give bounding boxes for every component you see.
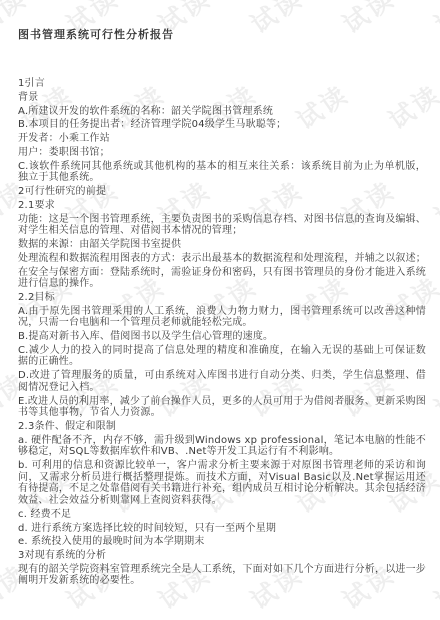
- paragraph: 处理流程和数据流程用图表的方式：表示出最基本的数据流程和处理流程，并辅之以叙述；: [18, 253, 426, 265]
- paragraph: c. 经费不足: [18, 509, 426, 521]
- paragraph: 在安全与保密方面：登陆系统时，需验证身份和密码，只有图书管理员的身份才能进入系统…: [18, 267, 426, 290]
- paragraph: 背景: [18, 92, 426, 104]
- paragraph: B.本项目的任务提出者：经济管理学院04级学生马耿聪等；: [18, 119, 426, 131]
- document-body: 1引言 背景 A.所建议开发的软件系统的名称：韶关学院图书管理系统 B.本项目的…: [18, 78, 426, 587]
- paragraph: 开发者：小乘工作站: [18, 133, 426, 145]
- document-page: 试读试读试读试读试读试读试读试读试读试读试读试读试读试读试读试读试读试读试读试读…: [0, 0, 440, 620]
- paragraph: d. 进行系统方案选择比较的时间较短，只有一至两个星期: [18, 523, 426, 535]
- page-title: 图书管理系统可行性分析报告: [18, 26, 426, 42]
- paragraph: 功能：这是一个图书管理系统，主要负责图书的采购信息存档、对图书信息的查询及编辑、…: [18, 214, 426, 237]
- paragraph: a. 硬件配备不齐，内存不够，需升级到Windows xp profession…: [18, 435, 426, 458]
- watermark-text: 试读: [427, 555, 440, 617]
- paragraph: 2.3条件、假定和限制: [18, 421, 426, 433]
- paragraph: 现有的韶关学院资料室管理系统完全是人工系统，下面对如下几个方面进行分析，以进一步…: [18, 564, 426, 587]
- document-content: 图书管理系统可行性分析报告 1引言 背景 A.所建议开发的软件系统的名称：韶关学…: [18, 26, 426, 589]
- paragraph: 用户：娄职图书馆；: [18, 147, 426, 159]
- paragraph: C.该软件系统同其他系统或其他机构的基本的相互来往关系：该系统目前为止为单机版，…: [18, 161, 426, 184]
- paragraph: B.提高对新书入库、借阅图书以及学生信心管理的速度。: [18, 331, 426, 343]
- watermark-text: 试读: [427, 171, 440, 233]
- paragraph: C.减少人力的投入的同时提高了信息处理的精度和准确度，在输入无误的基础上可保证数…: [18, 345, 426, 368]
- paragraph: 2可行性研究的前提: [18, 186, 426, 198]
- paragraph: D.改进了管理服务的质量，可由系统对入库图书进行自动分类、归类，学生信息整理、借…: [18, 370, 426, 393]
- paragraph: A.由于原先图书管理采用的人工系统，浪费人力物力财力，图书管理系统可以改善这种情…: [18, 306, 426, 329]
- paragraph: b. 可利用的信息和资源比较单一，客户需求分析主要来源于对原图书管理老师的采访和…: [18, 460, 426, 506]
- watermark-text: 试读: [427, 363, 440, 425]
- paragraph: 数据的来源：由韶关学院图书室提供: [18, 239, 426, 251]
- paragraph: 3对现有系统的分析: [18, 550, 426, 562]
- paragraph: 2.1要求: [18, 200, 426, 212]
- paragraph: E.改进人员的利用率，减少了前台操作人员，更多的人员可用于为借阅者服务、更新采购…: [18, 396, 426, 419]
- paragraph: e. 系统投入使用的最晚时间为本学期期末: [18, 536, 426, 548]
- paragraph: A.所建议开发的软件系统的名称：韶关学院图书管理系统: [18, 106, 426, 118]
- paragraph: 1引言: [18, 78, 426, 90]
- paragraph: 2.2目标: [18, 292, 426, 304]
- watermark-text: 试读: [427, 0, 440, 41]
